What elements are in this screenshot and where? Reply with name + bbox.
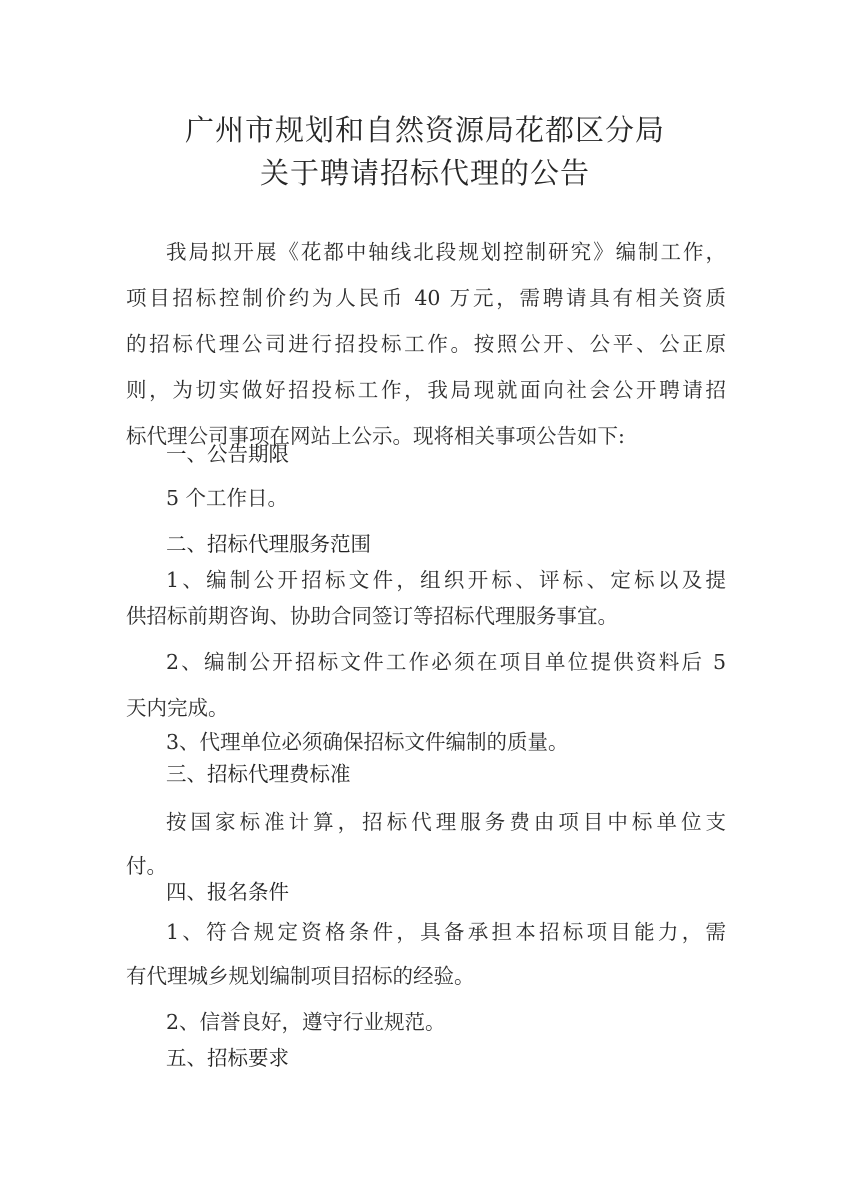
section-line: 有代理城乡规划编制项目招标的经验。 xyxy=(126,962,726,990)
section-line: 供招标前期咨询、协助合同签订等招标代理服务事宜。 xyxy=(126,602,726,630)
section-heading-registration-conditions: 四、报名条件 xyxy=(166,878,289,906)
section-line: 1、符合规定资格条件，具备承担本招标项目能力，需 xyxy=(166,918,726,946)
intro-line: 我局拟开展《花都中轴线北段规划控制研究》编制工作， xyxy=(166,238,726,266)
section-line: 5 个工作日。 xyxy=(166,484,726,512)
section-line: 2、信誉良好，遵守行业规范。 xyxy=(166,1008,726,1036)
document-title-line1: 广州市规划和自然资源局花都区分局 xyxy=(0,112,850,148)
section-heading-service-scope: 二、招标代理服务范围 xyxy=(166,530,371,558)
section-heading-notice-period: 一、公告期限 xyxy=(166,440,289,468)
section-heading-bidding-requirements: 五、招标要求 xyxy=(166,1044,289,1072)
section-line: 按国家标准计算，招标代理服务费由项目中标单位支 xyxy=(166,808,726,836)
document-page: 广州市规划和自然资源局花都区分局 关于聘请招标代理的公告 我局拟开展《花都中轴线… xyxy=(0,0,850,1203)
section-line: 1、编制公开招标文件，组织开标、评标、定标以及提 xyxy=(166,566,726,594)
section-line: 3、代理单位必须确保招标文件编制的质量。 xyxy=(166,728,726,756)
document-title-line2: 关于聘请招标代理的公告 xyxy=(0,155,850,191)
intro-line: 则，为切实做好招投标工作，我局现就面向社会公开聘请招 xyxy=(126,376,726,404)
intro-line: 的招标代理公司进行招投标工作。按照公开、公平、公正原 xyxy=(126,330,726,358)
section-line: 天内完成。 xyxy=(126,694,726,722)
section-heading-fee-standard: 三、招标代理费标准 xyxy=(166,760,351,788)
intro-line: 项目招标控制价约为人民币 40 万元，需聘请具有相关资质 xyxy=(126,284,726,312)
section-line: 付。 xyxy=(126,852,726,880)
section-line: 2、编制公开招标文件工作必须在项目单位提供资料后 5 xyxy=(166,648,726,676)
